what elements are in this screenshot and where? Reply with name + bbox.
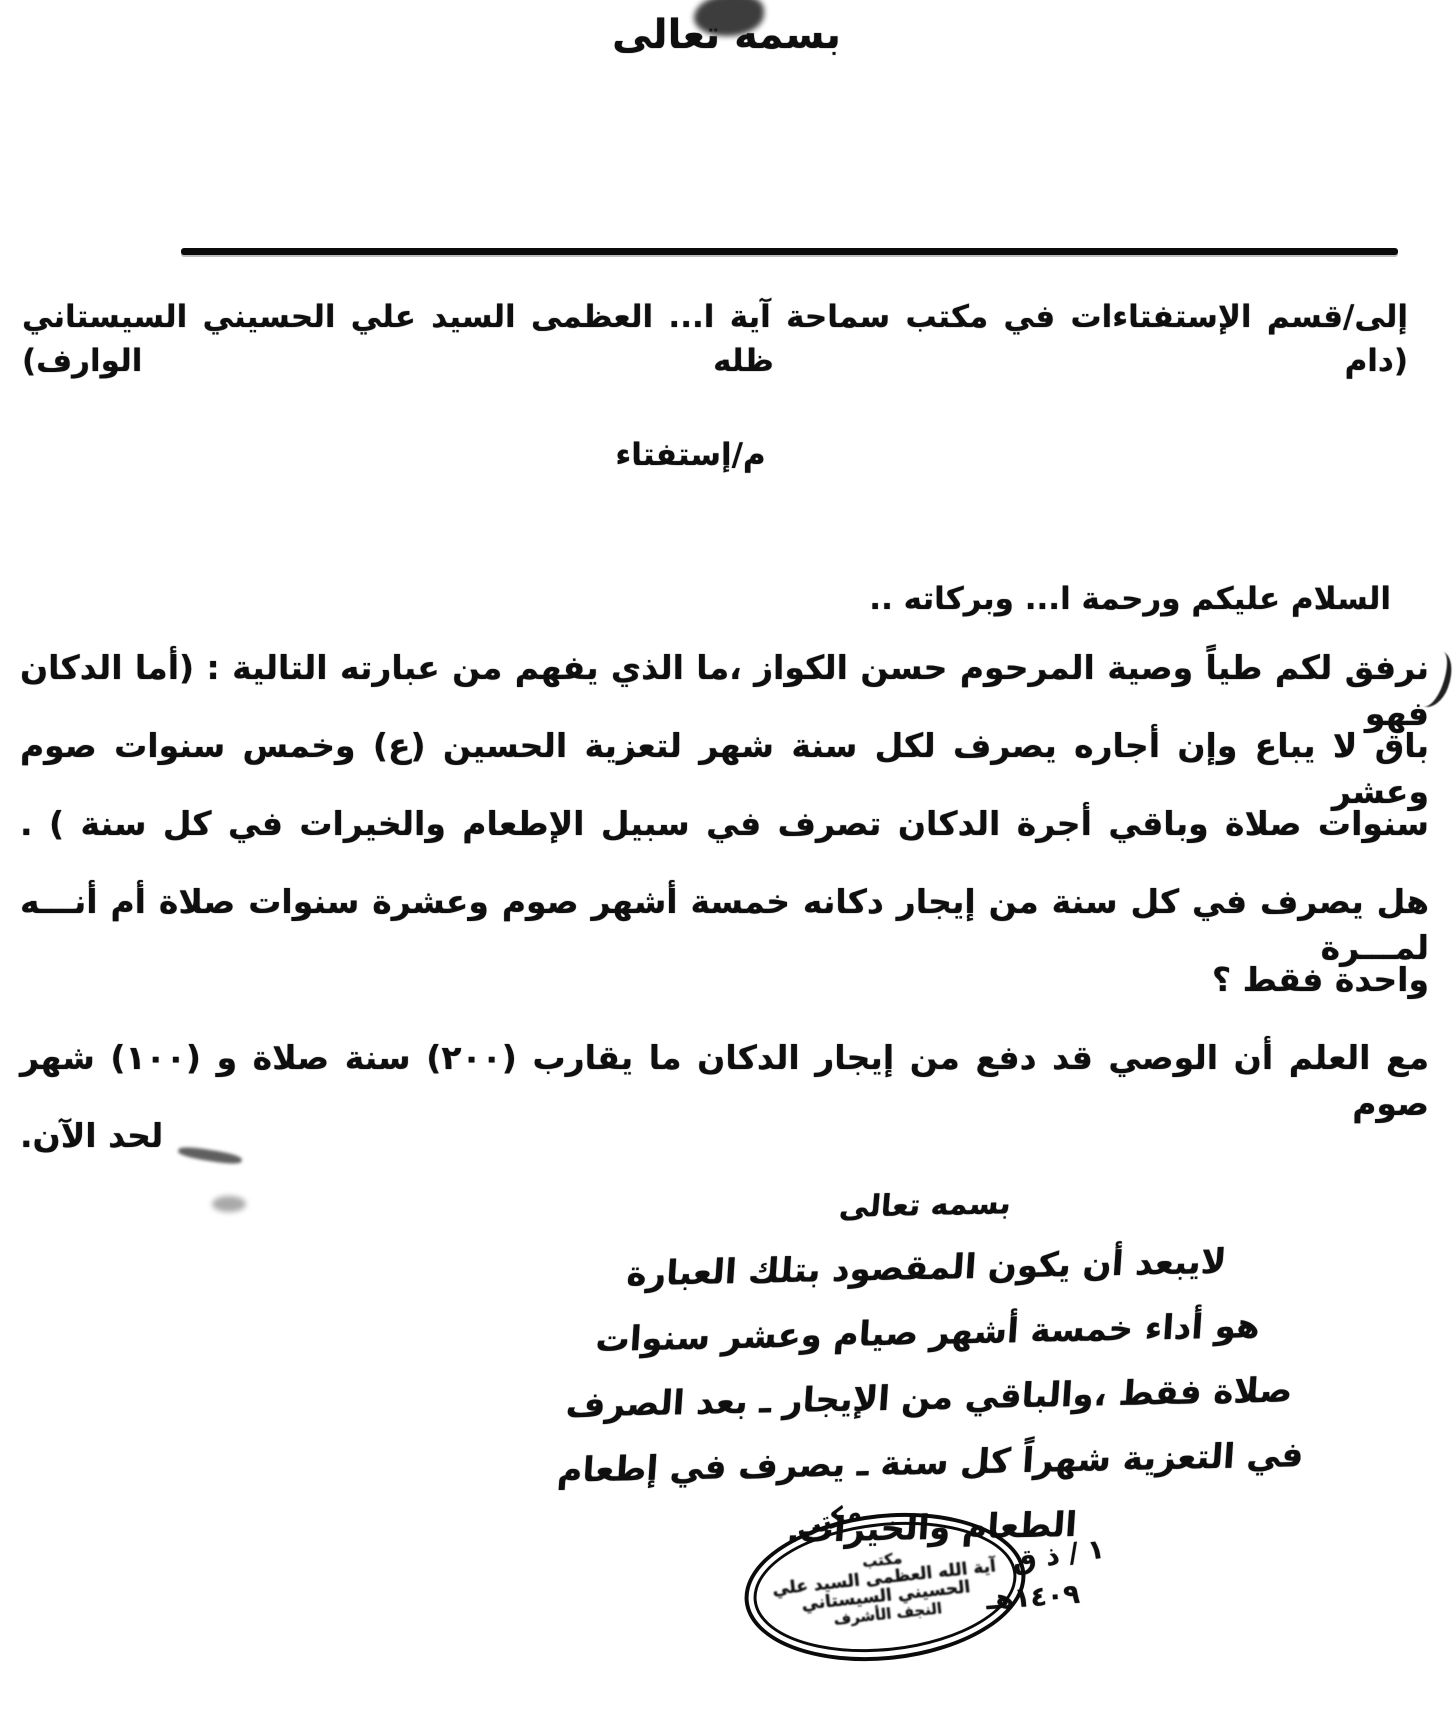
- basmala-heading: بسمه تعالى: [0, 0, 1453, 58]
- subject-line: م/إستفتاء: [0, 433, 1417, 477]
- scanned-istifta-letter: بسمه تعالى إلى/قسم الإستفتاءات في مكتب س…: [0, 0, 1453, 1714]
- question-line: مع العلم أن الوصي قد دفع من إيجار الدكان…: [20, 1035, 1429, 1113]
- question-line: باق لا يباع وإن أجاره يصرف لكل سنة شهر ل…: [20, 723, 1429, 801]
- greeting-line: السلام عليكم ورحمة ا... وبركاته ..: [0, 577, 1391, 621]
- question-line: هل يصرف في كل سنة من إيجار دكانه خمسة أش…: [20, 879, 1429, 957]
- addressee-line: إلى/قسم الإستفتاءات في مكتب سماحة آية ا.…: [22, 295, 1408, 383]
- scan-artifact: [212, 1196, 246, 1212]
- question-line: واحدة فقط ؟: [20, 957, 1429, 1035]
- question-line: سنوات صلاة وباقي أجرة الدكان تصرف في سبي…: [20, 801, 1429, 879]
- header-divider-line: [181, 248, 1398, 255]
- question-line: نرفق لكم طياً وصية المرحوم حسن الكواز ،م…: [20, 645, 1429, 723]
